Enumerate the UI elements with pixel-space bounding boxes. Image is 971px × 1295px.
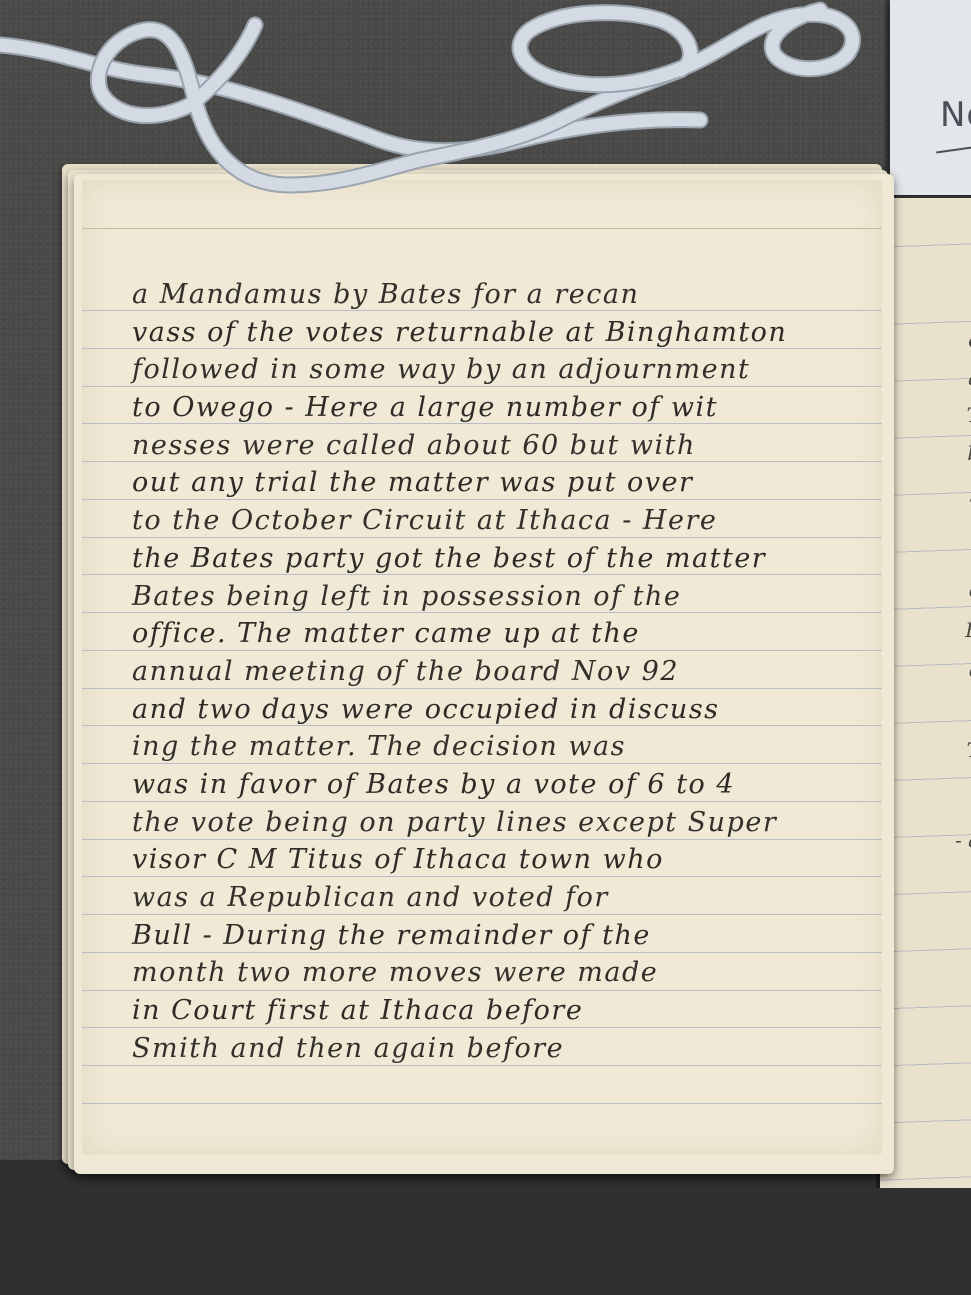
text-line: ing the matter. The decision was bbox=[132, 728, 872, 766]
text-line: in Court first at Ithaca before bbox=[132, 992, 872, 1030]
text-line: office. The matter came up at the bbox=[132, 615, 872, 653]
handwritten-text: a Mandamus by Bates for a recan vass of … bbox=[132, 276, 872, 1067]
text-line: vass of the votes returnable at Binghamt… bbox=[132, 314, 872, 352]
right-page-fragment: B bbox=[965, 618, 971, 642]
right-page-fragment: b bbox=[967, 441, 971, 465]
text-line: the Bates party got the best of the matt… bbox=[132, 540, 872, 578]
notebook-page: a Mandamus by Bates for a recan vass of … bbox=[82, 180, 882, 1155]
text-line: followed in some way by an adjournment bbox=[132, 351, 872, 389]
right-page-fragment: T bbox=[967, 403, 971, 427]
text-line: to Owego - Here a large number of wit bbox=[132, 389, 872, 427]
text-line: was in favor of Bates by a vote of 6 to … bbox=[132, 766, 872, 804]
right-page-fragment: T bbox=[967, 738, 971, 762]
label-card-text: No bbox=[940, 95, 971, 135]
text-line: Bull - During the remainder of the bbox=[132, 917, 872, 955]
text-line: the vote being on party lines except Sup… bbox=[132, 804, 872, 842]
background-surface-lower bbox=[0, 1160, 971, 1295]
label-underline bbox=[936, 145, 971, 154]
text-line: to the October Circuit at Ithaca - Here bbox=[132, 502, 872, 540]
text-line: Smith and then again before bbox=[132, 1030, 872, 1068]
text-line: was a Republican and voted for bbox=[132, 879, 872, 917]
rule-line bbox=[82, 1103, 882, 1104]
text-line: visor C M Titus of Ithaca town who bbox=[132, 841, 872, 879]
right-page-fragment: - a bbox=[955, 828, 971, 852]
text-line: and two days were occupied in discuss bbox=[132, 691, 872, 729]
text-line: nesses were called about 60 but with bbox=[132, 427, 872, 465]
text-line: Bates being left in possession of the bbox=[132, 578, 872, 616]
text-line: annual meeting of the board Nov 92 bbox=[132, 653, 872, 691]
text-line: a Mandamus by Bates for a recan bbox=[132, 276, 872, 314]
text-line: month two more moves were made bbox=[132, 954, 872, 992]
label-card: No bbox=[890, 0, 971, 195]
text-line: out any trial the matter was put over bbox=[132, 464, 872, 502]
page-top-rule bbox=[82, 228, 882, 229]
